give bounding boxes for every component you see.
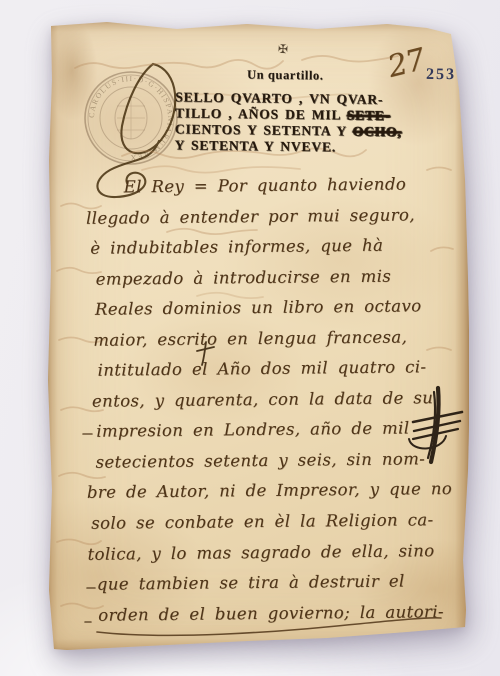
- struck-word: SETE-: [347, 107, 390, 123]
- printer-ornament-icon: ✠: [278, 42, 289, 57]
- document-photo: CAROLUS·III·D·G·HISPANIARUM·REX: [0, 0, 500, 676]
- paper-sheet: CAROLUS·III·D·G·HISPANIARUM·REX: [47, 20, 469, 652]
- manuscript-line: que tambien se tira à destruir el: [97, 571, 440, 605]
- manuscript-line: orden de el buen govierno; la autori-: [98, 602, 440, 636]
- manuscript-line: El Rey = Por quanto haviendo: [124, 174, 436, 208]
- manuscript-line: bre de Autor, ni de Impresor, y que no: [87, 480, 439, 514]
- manuscript-line: setecientos setenta y seis, sin nom-: [95, 449, 438, 483]
- denomination-label: Un quartillo.: [247, 67, 324, 83]
- folio-number-stamped: 253: [426, 66, 456, 84]
- manuscript-body: El Rey = Por quanto haviendo llegado à e…: [80, 174, 441, 636]
- manuscript-line: è indubitables informes, que hà: [90, 235, 436, 269]
- manuscript-line: intitulado el Año dos mil quatro ci-: [98, 357, 438, 391]
- manuscript-line: impresion en Londres, año de mil: [96, 419, 438, 453]
- stamp-text-line: Y SETENTA Y NVEVE.: [175, 137, 437, 156]
- stamp-text-block: SELLO QVARTO , VN QVAR- TILLO , AÑOS DE …: [175, 89, 438, 156]
- manuscript-line: llegado à entender por mui seguro,: [86, 205, 436, 239]
- manuscript-line: Reales dominios un libro en octavo: [95, 296, 437, 330]
- manuscript-line: solo se conbate en èl la Religion ca-: [91, 510, 439, 544]
- manuscript-line: maior, escrito en lengua francesa,: [93, 327, 437, 361]
- manuscript-line: entos, y quarenta, con la data de su: [92, 388, 438, 422]
- manuscript-line: empezado à introducirse en mis: [96, 266, 437, 300]
- struck-word: OCHO,: [353, 123, 402, 139]
- manuscript-line: tolica, y lo mas sagrado de ella, sino: [87, 541, 439, 575]
